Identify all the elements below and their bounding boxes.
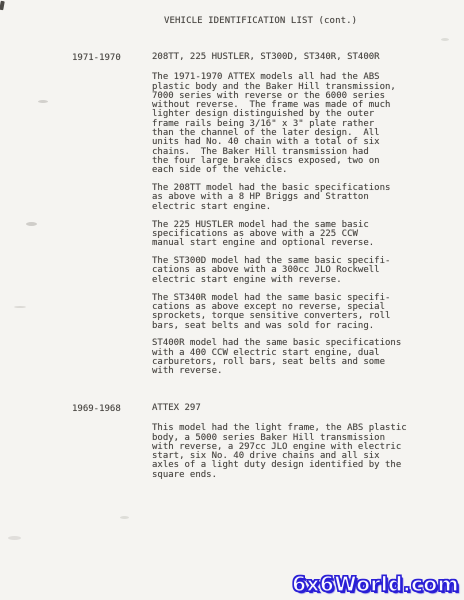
section-1971-1970: 1971-1970 208TT, 225 HUSTLER, ST300D, ST… bbox=[0, 53, 464, 385]
section-years-label: 1969-1968 bbox=[72, 404, 121, 414]
paragraph: The 225 HUSTLER model had the same basic… bbox=[152, 221, 428, 249]
paragraph: The ST340R model had the same basic spec… bbox=[152, 294, 428, 331]
section-1969-1968: 1969-1968 ATTEX 297 This model had the l… bbox=[0, 404, 464, 489]
paragraph: The 208TT model had the basic specificat… bbox=[152, 184, 428, 212]
section-models-heading: ATTEX 297 bbox=[152, 404, 428, 413]
scan-artifact bbox=[8, 536, 21, 540]
scan-artifact bbox=[120, 516, 129, 519]
section-content: ATTEX 297 This model had the light frame… bbox=[152, 404, 428, 480]
scan-artifact bbox=[441, 38, 449, 41]
page-title: VEHICLE IDENTIFICATION LIST (cont.) bbox=[164, 16, 357, 26]
watermark-6x6world: 6x6World.com bbox=[292, 572, 459, 596]
section-models-heading: 208TT, 225 HUSTLER, ST300D, ST340R, ST40… bbox=[152, 53, 428, 62]
scanned-document-page: VEHICLE IDENTIFICATION LIST (cont.) 1971… bbox=[0, 0, 464, 600]
scan-artifact bbox=[0, 1, 5, 11]
paragraph: ST400R model had the same basic specific… bbox=[152, 339, 428, 376]
paragraph: The ST300D model had the same basic spec… bbox=[152, 257, 428, 285]
section-content: 208TT, 225 HUSTLER, ST300D, ST340R, ST40… bbox=[152, 53, 428, 377]
paragraph: The 1971-1970 ATTEX models all had the A… bbox=[152, 73, 428, 175]
section-years-label: 1971-1970 bbox=[72, 53, 121, 63]
paragraph: This model had the light frame, the ABS … bbox=[152, 424, 428, 480]
